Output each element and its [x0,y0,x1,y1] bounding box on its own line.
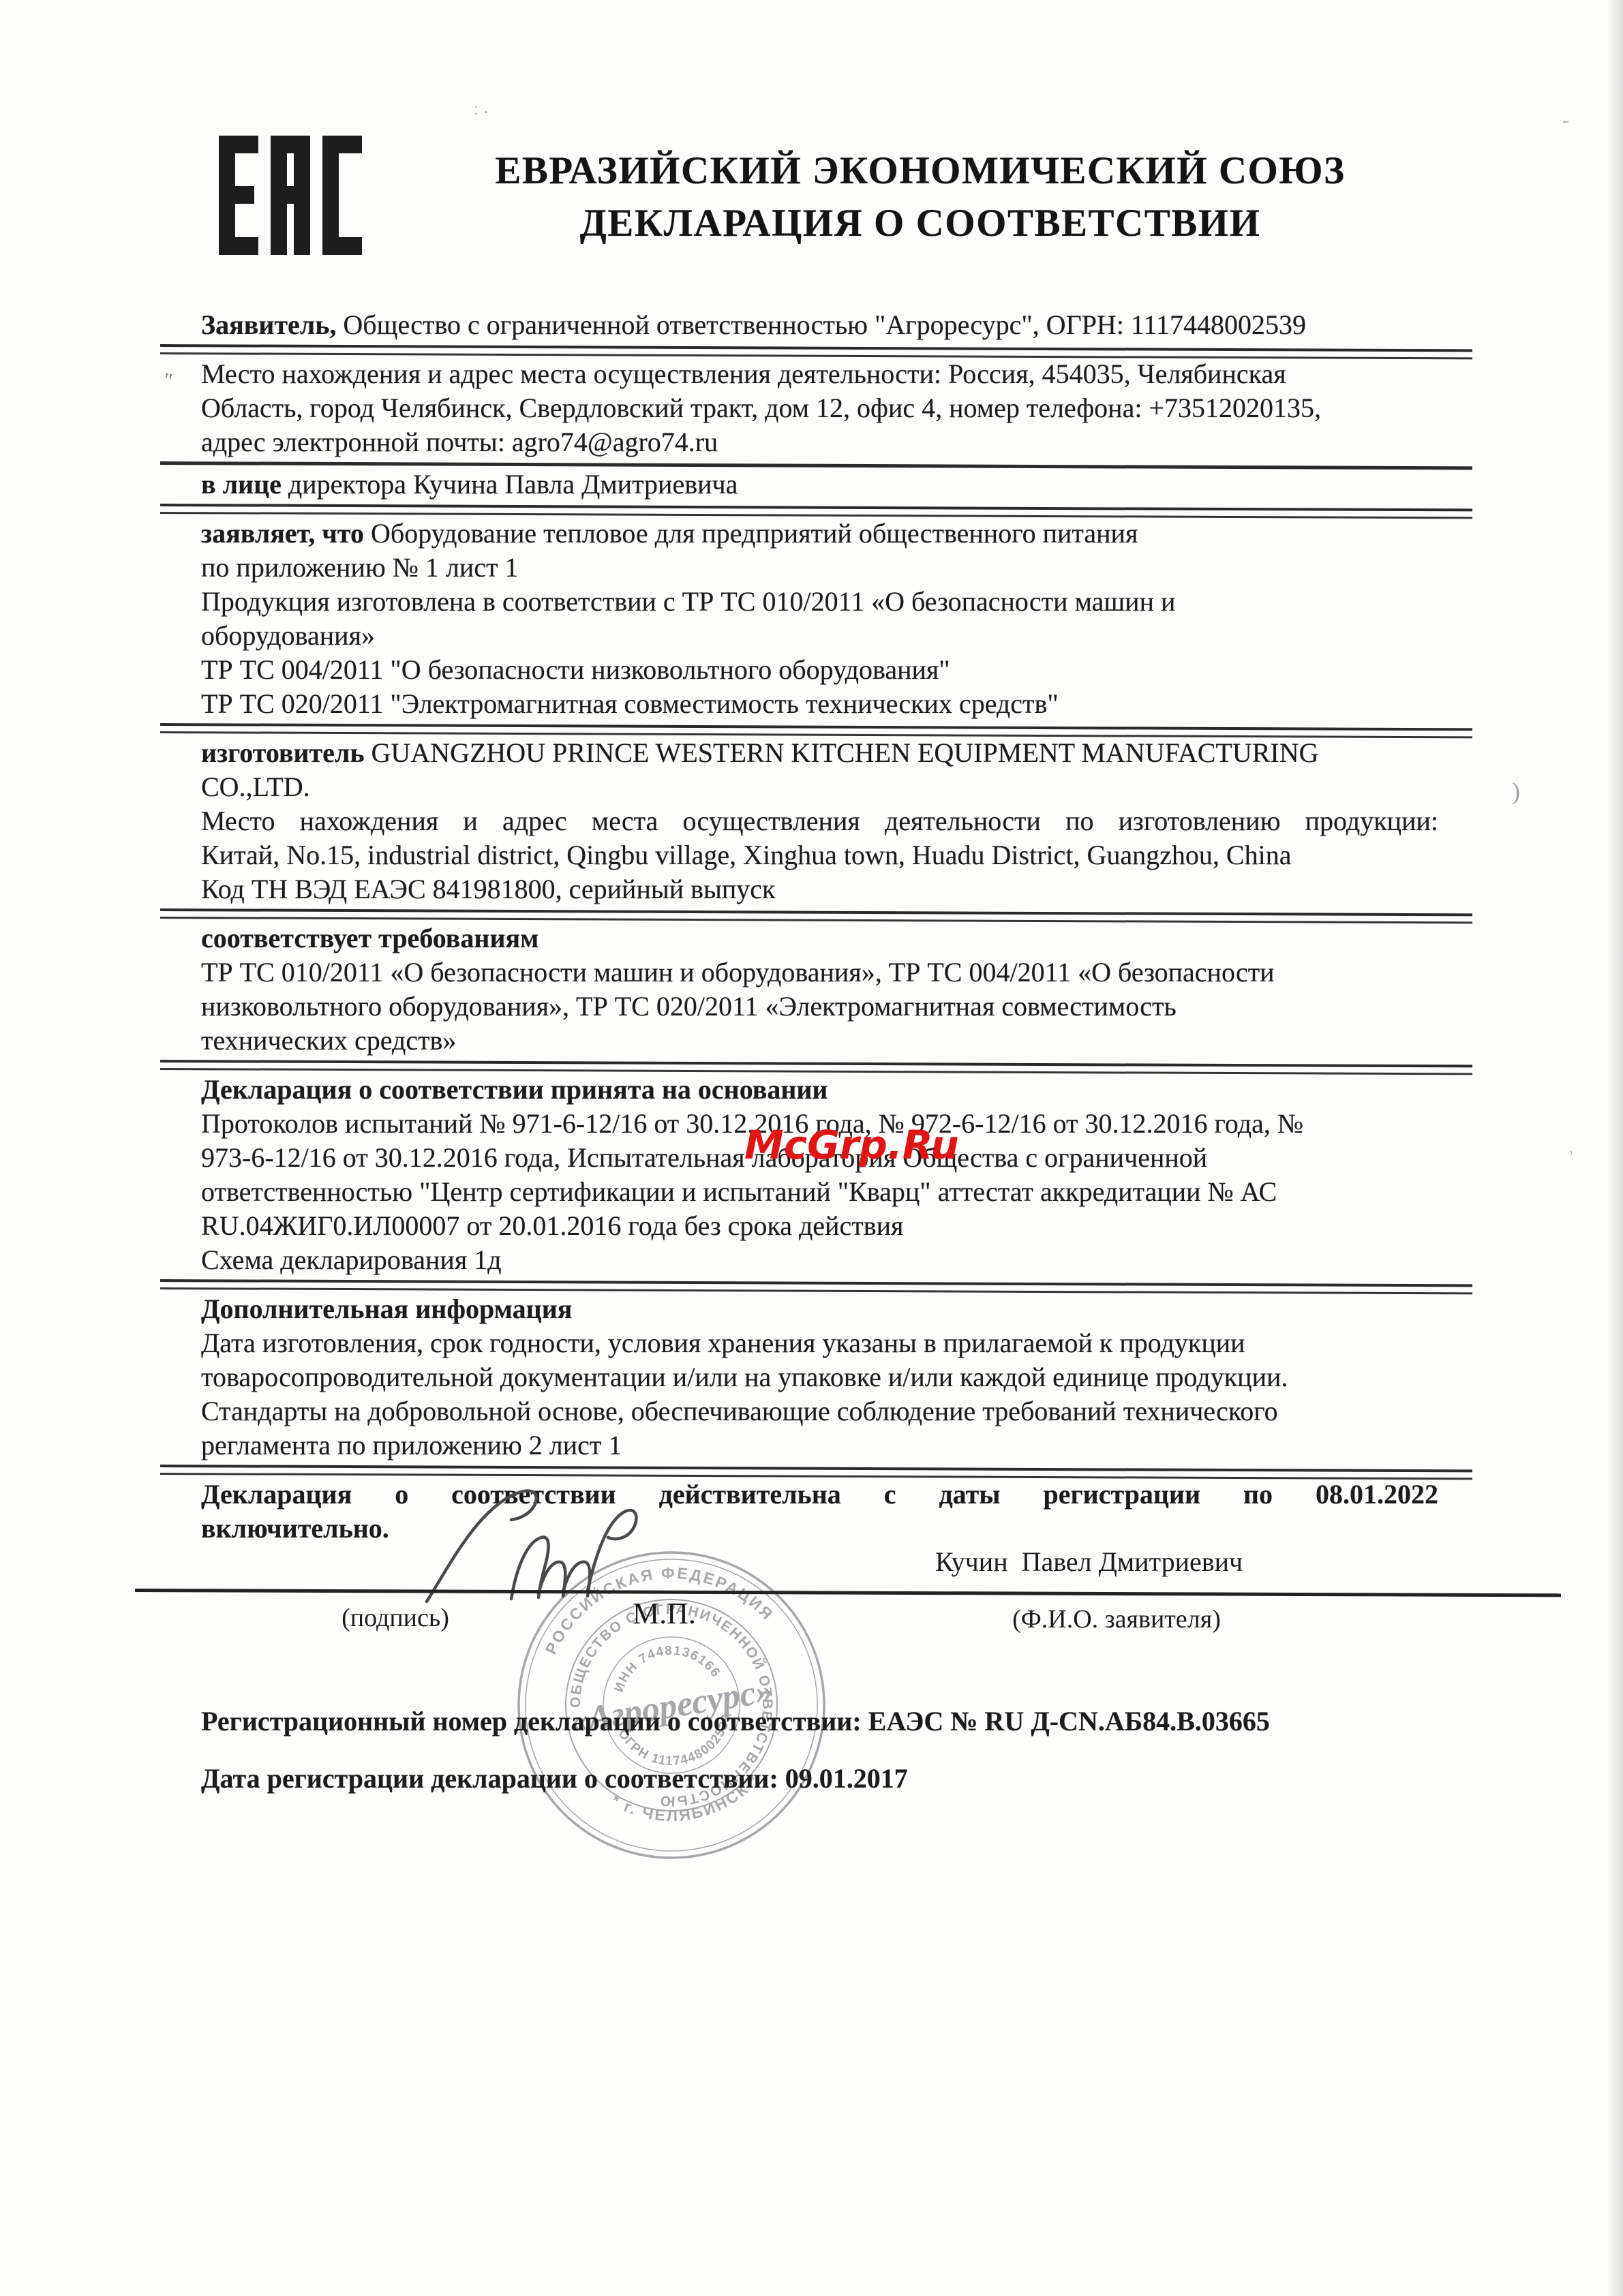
product-line: оборудования» [201,619,1438,653]
product-line: ТР ТС 020/2011 "Электромагнитная совмест… [201,687,1438,721]
basis-paragraph: Декларация о соответствии принята на осн… [201,1073,1438,1277]
manufacturer-label: изготовитель [201,737,365,768]
additional-info-line: Стандарты на добровольной основе, обеспе… [201,1394,1438,1428]
representative-paragraph: в лице директора Кучина Павла Дмитриевич… [201,468,1438,502]
manufacturer-line: Китай, No.15, industrial district, Qingb… [201,838,1438,872]
eac-logo [219,136,362,255]
site-watermark: McGrp.Ru [744,1122,959,1168]
basis-line: ответственностью "Центр сертификации и и… [201,1175,1438,1209]
title-doc-type: ДЕКЛАРАЦИЯ О СООТВЕТСТВИИ [368,197,1472,249]
scan-artifact: ˸ · [474,102,489,123]
address-line: Область, город Челябинск, Свердловский т… [201,391,1438,425]
document-body: Заявитель, Общество с ограниченной ответ… [201,308,1438,1546]
applicant-paragraph: Заявитель, Общество с ограниченной ответ… [201,308,1438,342]
additional-info-label: Дополнительная информация [201,1292,1438,1326]
declarant-name: Кучин Павел Дмитриевич [935,1546,1243,1578]
applicant-value: Общество с ограниченной ответственностью… [343,309,1306,340]
registration-number-line: Регистрационный номер декларации о соотв… [201,1705,1270,1737]
additional-info-line: Дата изготовления, срок годности, услови… [201,1326,1438,1360]
validity-paragraph: Декларация о соответствии действительна … [201,1478,1438,1546]
compliance-paragraph: соответствует требованиям ТР ТС 010/2011… [201,921,1438,1058]
compliance-line: низковольтного оборудования», ТР ТС 020/… [201,990,1438,1024]
title-union: ЕВРАЗИЙСКИЙ ЭКОНОМИЧЕСКИЙ СОЮЗ [368,144,1472,197]
representative-label: в лице [201,469,282,500]
eac-mark-icon [219,136,362,255]
document-title: ЕВРАЗИЙСКИЙ ЭКОНОМИЧЕСКИЙ СОЮЗ ДЕКЛАРАЦИ… [368,144,1472,249]
manufacturer-paragraph: изготовитель GUANGZHOU PRINCE WESTERN KI… [201,736,1438,906]
product-line: по приложению № 1 лист 1 [201,551,1438,585]
scan-edge-shading [1607,0,1623,2296]
product-line: Продукция изготовлена в соответствии с Т… [201,585,1438,619]
signature-line [135,1589,1561,1597]
additional-info-line: регламента по приложению 2 лист 1 [201,1428,1438,1463]
registration-date-line: Дата регистрации декларации о соответств… [201,1762,908,1794]
applicant-label: Заявитель, [201,309,336,340]
product-name: Оборудование тепловое для предприятий об… [371,518,1138,549]
compliance-line: ТР ТС 010/2011 «О безопасности машин и о… [201,955,1438,990]
basis-label: Декларация о соответствии принята на осн… [201,1073,1438,1107]
address-line: адрес электронной почты: agro74@agro74.r… [201,425,1438,459]
additional-info-line: товаросопроводительной документации и/ил… [201,1360,1438,1394]
declarant-name-caption: (Ф.И.О. заявителя) [973,1604,1260,1634]
validity-line: включительно. [201,1512,1438,1546]
additional-info-paragraph: Дополнительная информация Дата изготовле… [201,1292,1438,1463]
scan-artifact: - [1562,109,1569,132]
declaration-document-page: ЕВРАЗИЙСКИЙ ЭКОНОМИЧЕСКИЙ СОЮЗ ДЕКЛАРАЦИ… [0,0,1623,2296]
handwritten-signature [414,1484,701,1607]
basis-line: Схема декларирования 1д [201,1243,1438,1277]
compliance-label: соответствует требованиям [201,921,1438,955]
basis-line: RU.04ЖИГ0.ИЛ00007 от 20.01.2016 года без… [201,1209,1438,1243]
manufacturer-line: Код ТН ВЭД ЕАЭС 841981800, серийный выпу… [201,872,1438,906]
applicant-address-paragraph: Место нахождения и адрес места осуществл… [201,357,1438,459]
scan-artifact: ˒ [1568,1138,1575,1161]
manufacturer-name: GUANGZHOU PRINCE WESTERN KITCHEN EQUIPME… [371,737,1319,768]
declares-label: заявляет, что [201,518,364,549]
declared-product-paragraph: заявляет, что Оборудование тепловое для … [201,517,1438,721]
representative-value: директора Кучина Павла Дмитриевича [288,469,738,500]
validity-line: Декларация о соответствии действительна … [201,1478,1438,1512]
product-line: ТР ТС 004/2011 "О безопасности низковоль… [201,653,1438,687]
scan-artifact: '' [161,367,174,394]
stamp-place-caption: М.П. [633,1596,696,1631]
signature-caption: (подпись) [300,1603,491,1633]
manufacturer-line: CO.,LTD. [201,770,1438,804]
scan-artifact: ) [1512,777,1520,806]
compliance-line: технических средств» [201,1024,1438,1058]
manufacturer-line: Место нахождения и адрес места осуществл… [201,804,1438,838]
address-line: Место нахождения и адрес места осуществл… [201,357,1438,391]
